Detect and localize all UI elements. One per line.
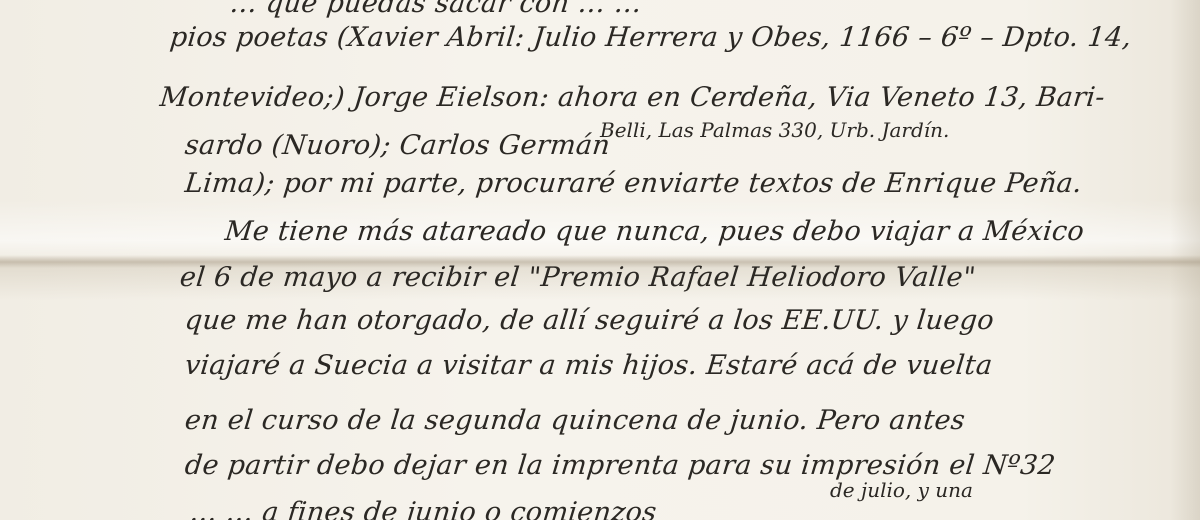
letter-line: Me tiene más atareado que nunca, pues de… (223, 216, 1085, 247)
interlinear-text: de julio, y una (830, 478, 973, 502)
letter-line: viajaré a Suecia a visitar a mis hijos. … (183, 350, 994, 381)
letter-line: … que puedas sacar con … … (228, 0, 643, 19)
letter-line: … … a fines de junio o comienzos (188, 497, 658, 520)
letter-line: de partir debo dejar en la imprenta para… (183, 450, 1057, 481)
letter-line: en el curso de la segunda quincena de ju… (183, 405, 966, 436)
letter-line: sardo (Nuoro); Carlos Germán (183, 130, 611, 161)
letter-line: que me han otorgado, de allí seguiré a l… (183, 305, 995, 336)
paper-edge-shadow (1170, 0, 1200, 520)
letter-line: Montevideo;) Jorge Eielson: ahora en Cer… (158, 82, 1106, 113)
letter-line: Lima); por mi parte, procuraré enviarte … (183, 168, 1083, 199)
letter-page: … que puedas sacar con … … pios poetas (… (0, 0, 1200, 520)
interlinear-text: Belli, Las Palmas 330, Urb. Jardín. (600, 118, 949, 142)
letter-line: pios poetas (Xavier Abril: Julio Herrera… (168, 22, 1133, 53)
letter-line: el 6 de mayo a recibir el "Premio Rafael… (178, 262, 977, 293)
